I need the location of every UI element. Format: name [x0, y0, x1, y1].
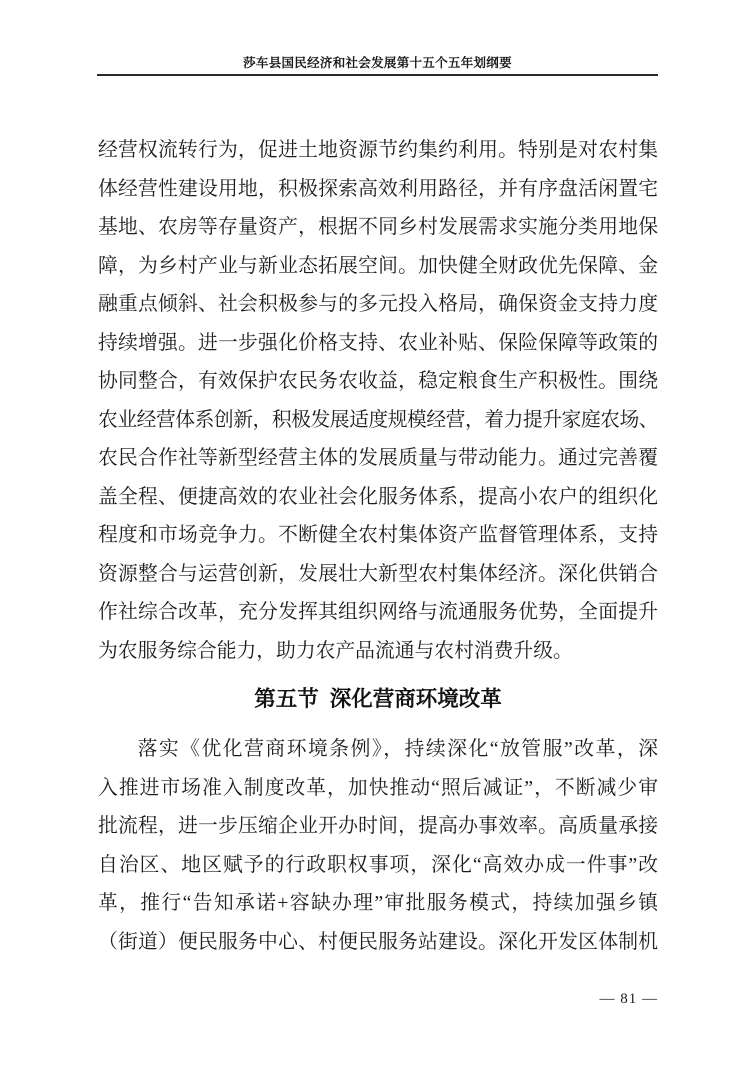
- header-rule: [97, 74, 658, 76]
- paragraph-line: 障，为乡村产业与新业态拓展空间。加快健全财政优先保障、金: [98, 247, 658, 286]
- paragraph-line: 自治区、地区赋予的行政职权事项，深化“高效办成一件事”改: [98, 846, 658, 885]
- paragraph-line: 融重点倾斜、社会积极参与的多元投入格局，确保资金支持力度: [98, 285, 658, 324]
- paragraph-line: 资源整合与运营创新，发展壮大新型农村集体经济。深化供销合: [98, 555, 658, 594]
- paragraph-line: 程度和市场竞争力。不断健全农村集体资产监督管理体系，支持: [98, 516, 658, 555]
- paragraph-line: 基地、农房等存量资产，根据不同乡村发展需求实施分类用地保: [98, 208, 658, 247]
- paragraph-line: 为农服务综合能力，助力农产品流通与农村消费升级。: [98, 632, 658, 671]
- paragraph-line: 盖全程、便捷高效的农业社会化服务体系，提高小农户的组织化: [98, 478, 658, 517]
- paragraph-line: 革，推行“告知承诺+容缺办理”审批服务模式，持续加强乡镇: [98, 884, 658, 923]
- header-title: 莎车县国民经济和社会发展第十五个五年划纲要: [97, 53, 658, 71]
- document-body: 经营权流转行为，促进土地资源节约集约利用。特别是对农村集 体经营性建设用地，积极…: [98, 131, 658, 961]
- page-number: — 81 —: [98, 991, 658, 1008]
- section-heading: 第五节 深化营商环境改革: [98, 676, 658, 722]
- paragraph-line: 落实《优化营商环境条例》，持续深化“放管服”改革，深: [98, 730, 658, 769]
- document-page: 莎车县国民经济和社会发展第十五个五年划纲要 经营权流转行为，促进土地资源节约集约…: [0, 0, 753, 1066]
- paragraph-line: 入推进市场准入制度改革，加快推动“照后减证”，不断减少审: [98, 769, 658, 808]
- paragraph-line: 农民合作社等新型经营主体的发展质量与带动能力。通过完善覆: [98, 439, 658, 478]
- paragraph-line: （街道）便民服务中心、村便民服务站建设。深化开发区体制机: [98, 923, 658, 962]
- paragraph-line: 经营权流转行为，促进土地资源节约集约利用。特别是对农村集: [98, 131, 658, 170]
- paragraph-line: 体经营性建设用地，积极探索高效利用路径，并有序盘活闲置宅: [98, 170, 658, 209]
- paragraph-line: 批流程，进一步压缩企业开办时间，提高办事效率。高质量承接: [98, 807, 658, 846]
- paragraph-line: 持续增强。进一步强化价格支持、农业补贴、保险保障等政策的: [98, 324, 658, 363]
- paragraph-line: 农业经营体系创新，积极发展适度规模经营，着力提升家庭农场、: [98, 401, 658, 440]
- paragraph-line: 作社综合改革，充分发挥其组织网络与流通服务优势，全面提升: [98, 593, 658, 632]
- paragraph-line: 协同整合，有效保护农民务农收益，稳定粮食生产积极性。围绕: [98, 362, 658, 401]
